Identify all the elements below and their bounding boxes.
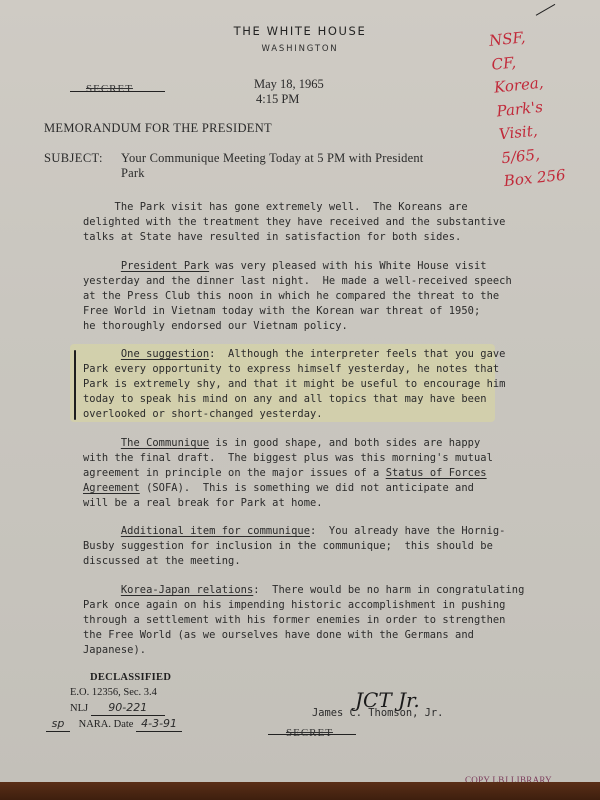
- subject-text: Your Communique Meeting Today at 5 PM wi…: [121, 151, 441, 181]
- strike-line-top: [70, 91, 165, 92]
- paragraph-lead: Additional item for communique: [121, 525, 310, 537]
- declassification-stamp: DECLASSIFIED E.O. 12356, Sec. 3.4 NLJ 90…: [58, 670, 194, 732]
- subject-label: SUBJECT:: [44, 151, 103, 166]
- paragraph-5: Additional item for communique: You alre…: [83, 524, 553, 569]
- paragraph-line: Japanese).: [83, 644, 146, 656]
- paragraph-line: : You already have the Hornig-: [310, 525, 505, 537]
- paragraph-line: is in good shape, and both sides are hap…: [209, 437, 480, 449]
- paragraph-line: with the final draft. The biggest plus w…: [83, 452, 493, 464]
- sofa-underline: Status of Forces: [386, 467, 487, 479]
- paragraph-line: yesterday and the dinner last night. He …: [83, 275, 512, 287]
- margin-bracket: [74, 350, 76, 420]
- document-page: THE WHITE HOUSE WASHINGTON SECRET May 18…: [0, 0, 600, 782]
- paragraph-line: will be a real break for Park at home.: [83, 497, 323, 509]
- stamp-title: DECLASSIFIED: [90, 670, 226, 685]
- paragraph-line: talks at State have resulted in satisfac…: [83, 231, 461, 243]
- paragraph-line: the Free World (as we ourselves have don…: [83, 629, 474, 641]
- paragraph-line: Park is extremely shy, and that it might…: [83, 378, 505, 390]
- paragraph-line: : There would be no harm in congratulati…: [253, 584, 524, 596]
- paragraph-line: The Park visit has gone extremely well. …: [83, 201, 468, 213]
- paragraph-line: : Although the interpreter feels that yo…: [209, 348, 505, 360]
- stamp-authority: E.O. 12356, Sec. 3.4: [70, 685, 206, 700]
- paragraph-3: One suggestion: Although the interpreter…: [83, 347, 553, 422]
- stamp-nlj-label: NLJ: [70, 703, 88, 714]
- paragraph-line: agreement in principle on the major issu…: [83, 467, 386, 479]
- paragraph-2: President Park was very pleased with his…: [83, 259, 553, 334]
- paragraph-line: overlooked or short-changed yesterday.: [83, 408, 323, 420]
- paragraph-1: The Park visit has gone extremely well. …: [83, 200, 553, 245]
- corner-pen-mark: [531, 0, 556, 16]
- paragraph-lead: The Communique: [121, 437, 209, 449]
- paragraph-line: he thoroughly endorsed our Vietnam polic…: [83, 320, 348, 332]
- paragraph-lead: One suggestion: [121, 348, 209, 360]
- classification-bottom: SECRET: [286, 727, 333, 739]
- paragraph-lead: Korea-Japan relations: [121, 584, 253, 596]
- stamp-nara-row: sp NARA. Date 4-3-91: [46, 716, 182, 732]
- paragraph-line: (SOFA). This is something we did not ant…: [140, 482, 474, 494]
- stamp-nlj-value: 90-221: [91, 700, 165, 716]
- paragraph-line: was very pleased with his White House vi…: [209, 260, 486, 272]
- stamp-nara-date: 4-3-91: [136, 716, 182, 732]
- memo-time: 4:15 PM: [256, 92, 299, 107]
- paragraph-line: Park once again on his impending histori…: [83, 599, 505, 611]
- paragraph-line: Free World in Vietnam today with the Kor…: [83, 305, 480, 317]
- paragraph-6: Korea-Japan relations: There would be no…: [83, 583, 553, 658]
- margin-note-line: Box 256: [503, 164, 567, 194]
- paragraph-line: today to speak his mind on any and all t…: [83, 393, 487, 405]
- paragraph-line: delighted with the treatment they have r…: [83, 216, 505, 228]
- memo-heading: MEMORANDUM FOR THE PRESIDENT: [44, 121, 272, 136]
- classification-top: SECRET: [86, 83, 133, 95]
- stamp-initials: sp: [46, 716, 70, 732]
- paragraph-4: The Communique is in good shape, and bot…: [83, 436, 553, 511]
- strike-line-bottom: [268, 734, 356, 735]
- memo-date: May 18, 1965: [254, 77, 324, 92]
- paragraph-line: Park every opportunity to express himsel…: [83, 363, 499, 375]
- signature-name: James C. Thomson, Jr.: [312, 707, 443, 719]
- paragraph-line: through a settlement with his former ene…: [83, 614, 505, 626]
- sofa-underline: Agreement: [83, 482, 140, 494]
- paragraph-line: Busby suggestion for inclusion in the co…: [83, 540, 493, 552]
- paragraph-line: discussed at the meeting.: [83, 555, 241, 567]
- wooden-table-surface: [0, 782, 600, 800]
- paragraph-line: at the Press Club this noon in which he …: [83, 290, 499, 302]
- stamp-nara-label: NARA. Date: [79, 719, 134, 730]
- paragraph-lead: President Park: [121, 260, 209, 272]
- stamp-nlj-row: NLJ 90-221: [70, 700, 206, 716]
